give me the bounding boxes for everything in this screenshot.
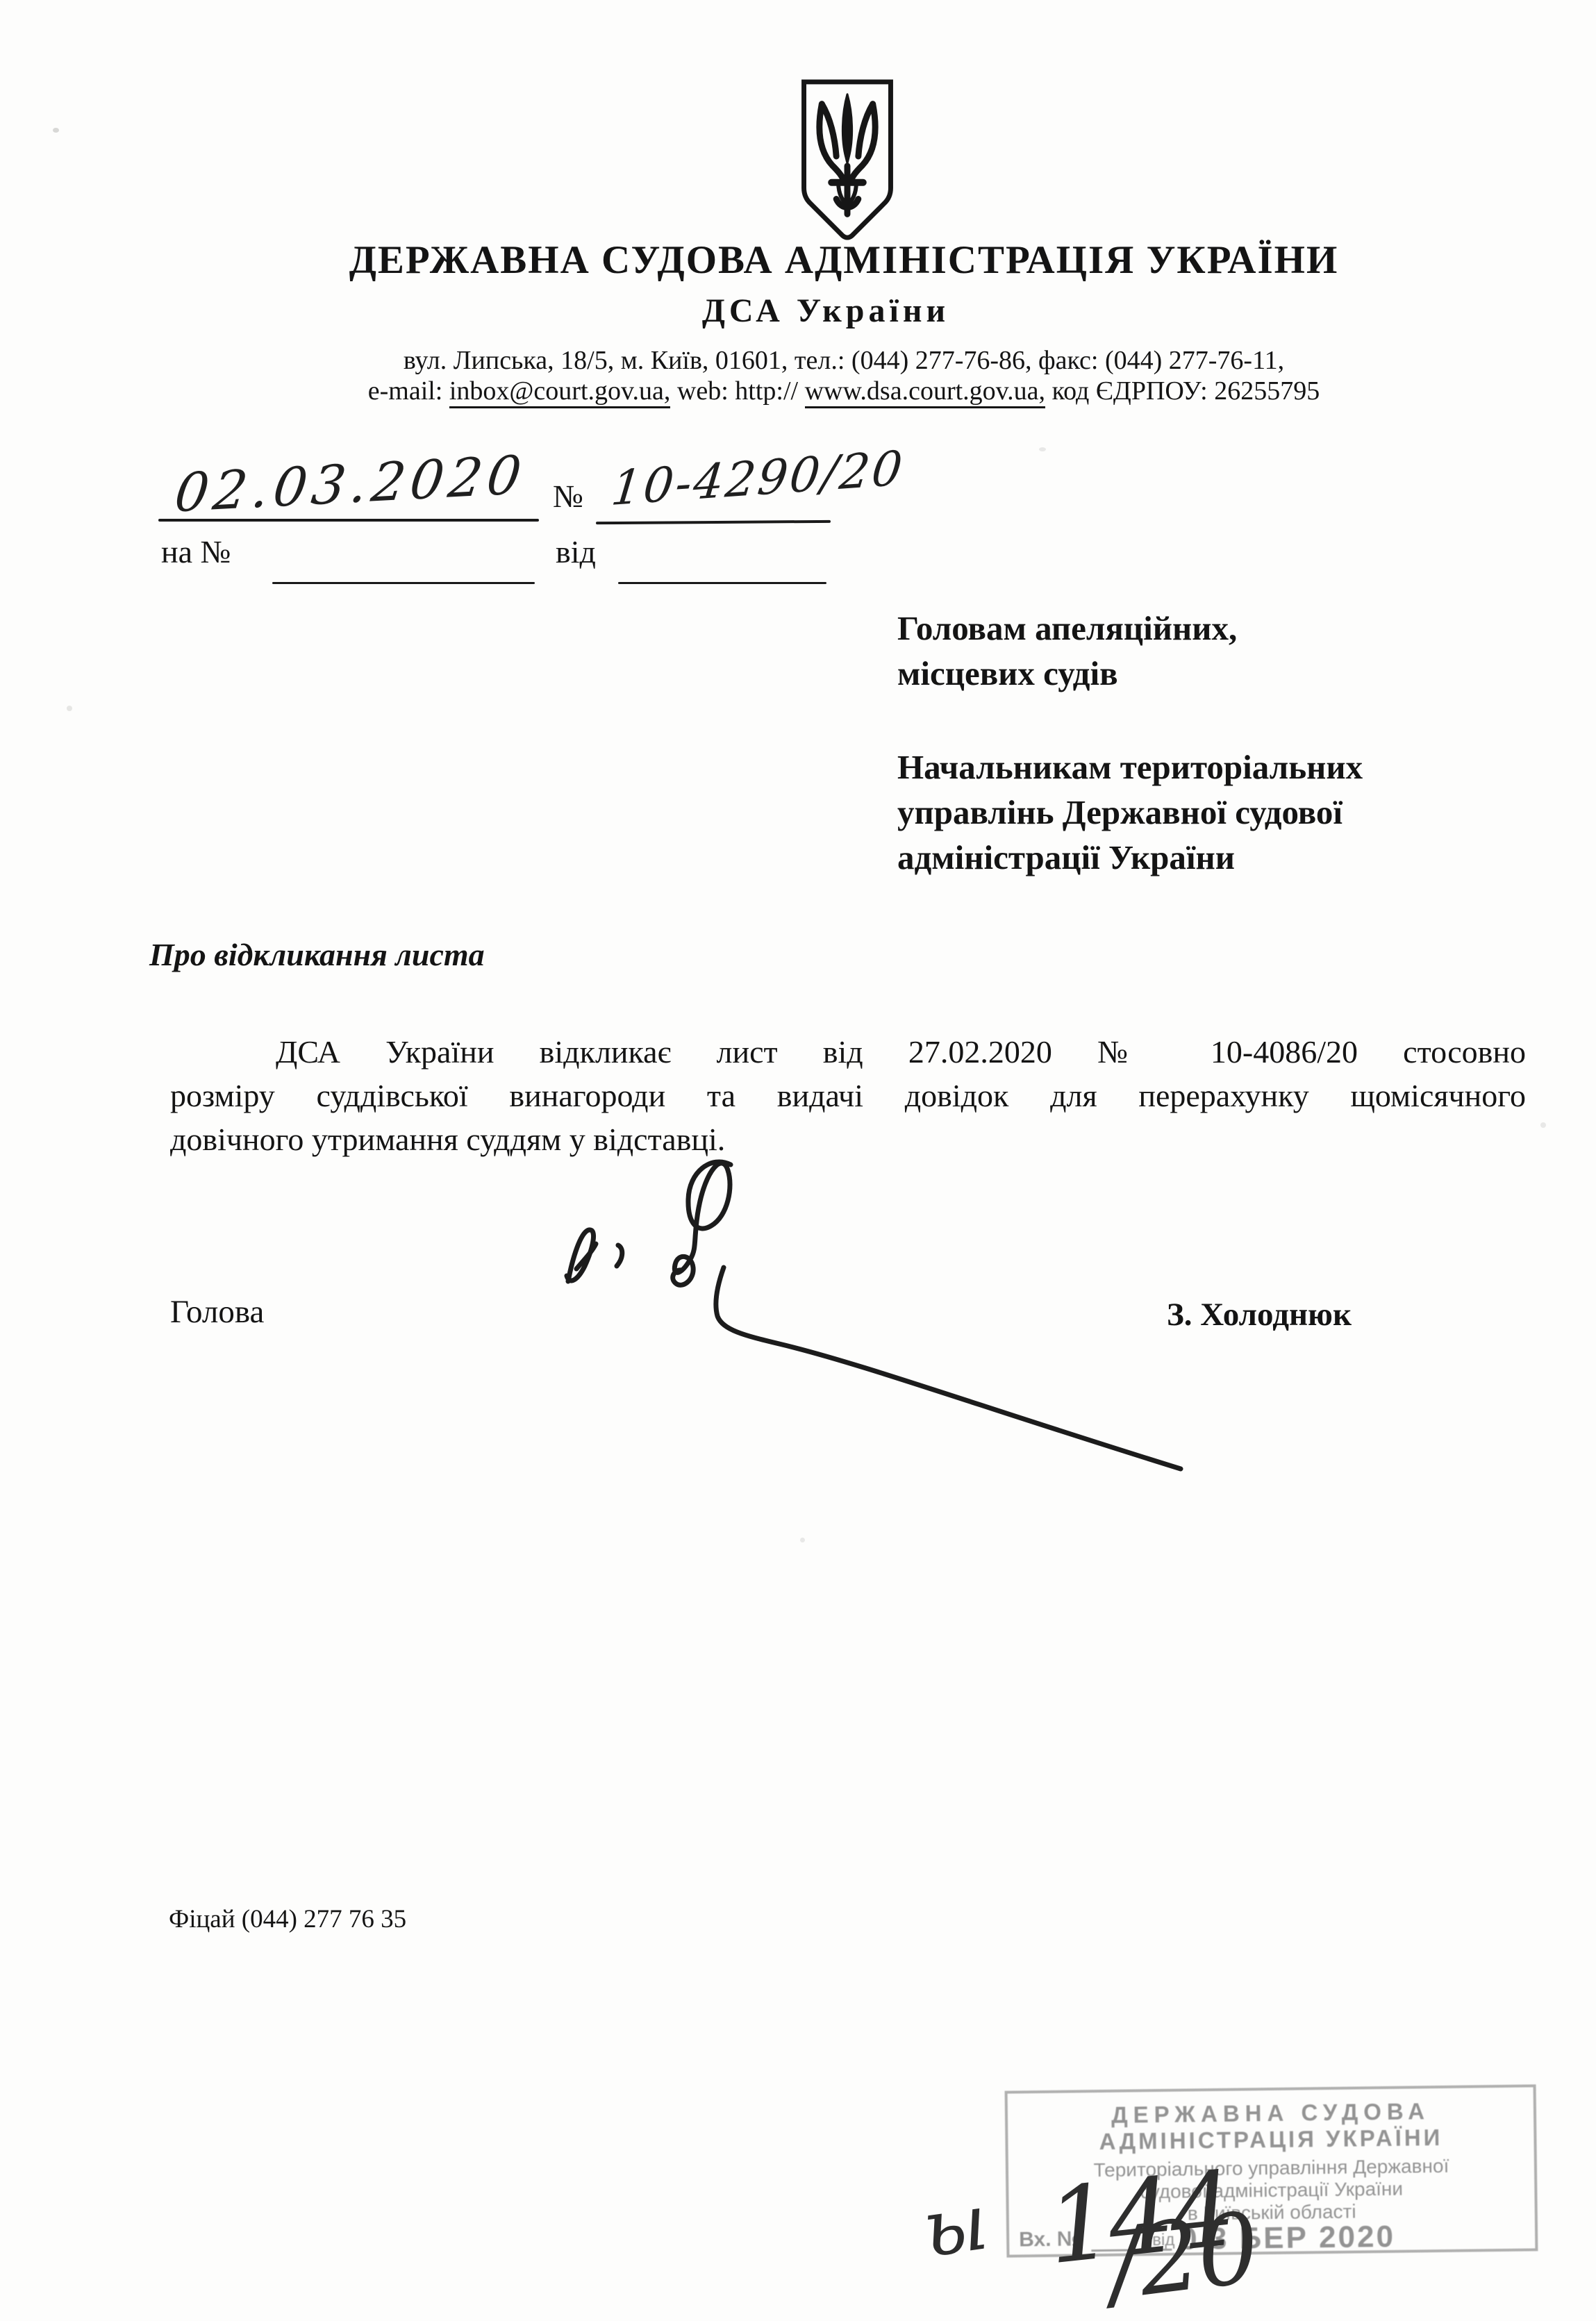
signer-title: Голова	[170, 1293, 264, 1331]
reply-date-line	[618, 582, 826, 584]
recipient-block-courts: Головам апеляційних, місцевих судів	[897, 606, 1495, 696]
org-abbreviation: ДСА України	[28, 292, 1596, 330]
reply-number-line	[272, 582, 535, 584]
scan-artifact	[67, 706, 72, 711]
ukraine-trident-emblem	[792, 78, 903, 243]
handwritten-outgoing-number: 10-4290/20	[608, 441, 906, 517]
executor-contact: Фіцай (044) 277 76 35	[169, 1904, 406, 1934]
scan-artifact	[800, 1538, 805, 1542]
stamp-org-line-2: АДМІНІСТРАЦІЯ УКРАЇНИ	[1008, 2123, 1533, 2156]
body-line-1: ДСА України відкликає лист від 27.02.202…	[170, 1030, 1526, 1074]
org-name: ДЕРЖАВНА СУДОВА АДМІНІСТРАЦІЯ УКРАЇНИ	[46, 238, 1596, 283]
scan-artifact	[1540, 1122, 1546, 1128]
web-label: web: http://	[670, 376, 804, 406]
signature-ink	[535, 1073, 1215, 1490]
scan-artifact	[1039, 447, 1046, 451]
handwritten-incoming-year: /20	[1102, 2192, 1263, 2321]
recipient-block-territorial: Начальникам територіальних управлінь Дер…	[897, 744, 1495, 880]
edrpou-code: код ЄДРПОУ: 26255795	[1045, 376, 1320, 406]
recipient-line: адміністрації України	[897, 835, 1495, 880]
recipient-line: місцевих судів	[897, 651, 1495, 696]
scan-artifact	[53, 128, 59, 133]
reply-to-label: на №	[161, 533, 231, 570]
scanned-letter-page: ДЕРЖАВНА СУДОВА АДМІНІСТРАЦІЯ УКРАЇНИ ДС…	[0, 0, 1596, 2321]
handwritten-paraph: ы	[917, 2177, 992, 2274]
handwritten-date: 02.03.2020	[172, 443, 529, 524]
signer-name: З. Холоднюк	[1167, 1296, 1352, 1333]
number-sign: №	[553, 478, 583, 515]
reply-date-label: від	[556, 533, 596, 570]
email-label: e-mail:	[368, 376, 449, 406]
web-value: www.dsa.court.gov.ua,	[805, 376, 1046, 408]
recipient-line: управлінь Державної судової	[897, 790, 1495, 835]
recipient-line: Головам апеляційних,	[897, 606, 1495, 651]
date-line	[158, 519, 539, 522]
number-line	[596, 520, 831, 524]
org-contacts-line: e-mail: inbox@court.gov.ua, web: http://…	[46, 376, 1596, 406]
recipient-line: Начальникам територіальних	[897, 744, 1495, 790]
email-value: inbox@court.gov.ua,	[449, 376, 671, 408]
subject-line: Про відкликання листа	[149, 936, 485, 973]
org-address-line: вул. Липська, 18/5, м. Київ, 01601, тел.…	[46, 345, 1596, 376]
